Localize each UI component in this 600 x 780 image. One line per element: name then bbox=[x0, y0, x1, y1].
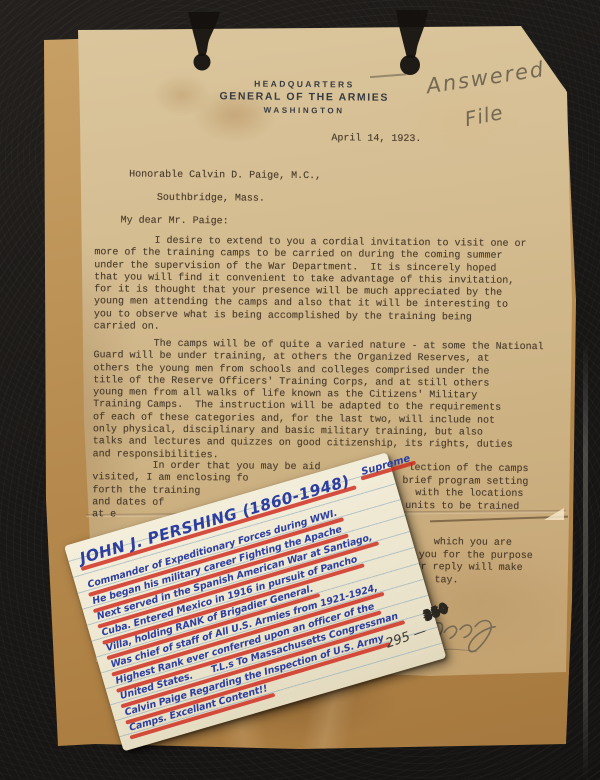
paragraph-3-right-fragment: brief program setting bbox=[402, 475, 528, 488]
album-page-background: HEADQUARTERS GENERAL OF THE ARMIES WASHI… bbox=[0, 0, 600, 780]
album-cover-reflection bbox=[583, 340, 588, 780]
fastener-punch-mark-left bbox=[182, 12, 226, 76]
fastener-punch-mark-right bbox=[392, 10, 434, 80]
paragraph-4-fragment: tay. bbox=[435, 575, 459, 588]
letterhead-line-3: WASHINGTON bbox=[147, 105, 462, 117]
letter-date: April 14, 1923. bbox=[331, 133, 421, 146]
paragraph-4-fragment: ur reply will make bbox=[415, 562, 523, 575]
paragraph-2: The camps will be of quite a varied natu… bbox=[93, 338, 544, 465]
recipient-name: Honorable Calvin D. Paige, M.C., bbox=[129, 170, 321, 184]
letterhead-line-2: GENERAL OF THE ARMIES bbox=[147, 90, 462, 105]
paragraph-1: I desire to extend to you a cordial invi… bbox=[94, 235, 527, 337]
paragraph-3-right-fragment: lection of the camps bbox=[408, 463, 528, 476]
paragraph-4-fragment: which you are bbox=[434, 537, 512, 550]
paragraph-3-right-fragment: with the locations bbox=[415, 488, 523, 501]
recipient-city: Southbridge, Mass. bbox=[157, 193, 265, 206]
paragraph-3-right-fragment: units to be trained bbox=[405, 500, 519, 513]
salutation: My dear Mr. Paige: bbox=[121, 215, 229, 228]
pencil-note-answered: Answered bbox=[425, 57, 547, 98]
paragraph-4-fragment: you for the purpose bbox=[419, 550, 533, 563]
pencil-note-file: File bbox=[463, 100, 506, 131]
